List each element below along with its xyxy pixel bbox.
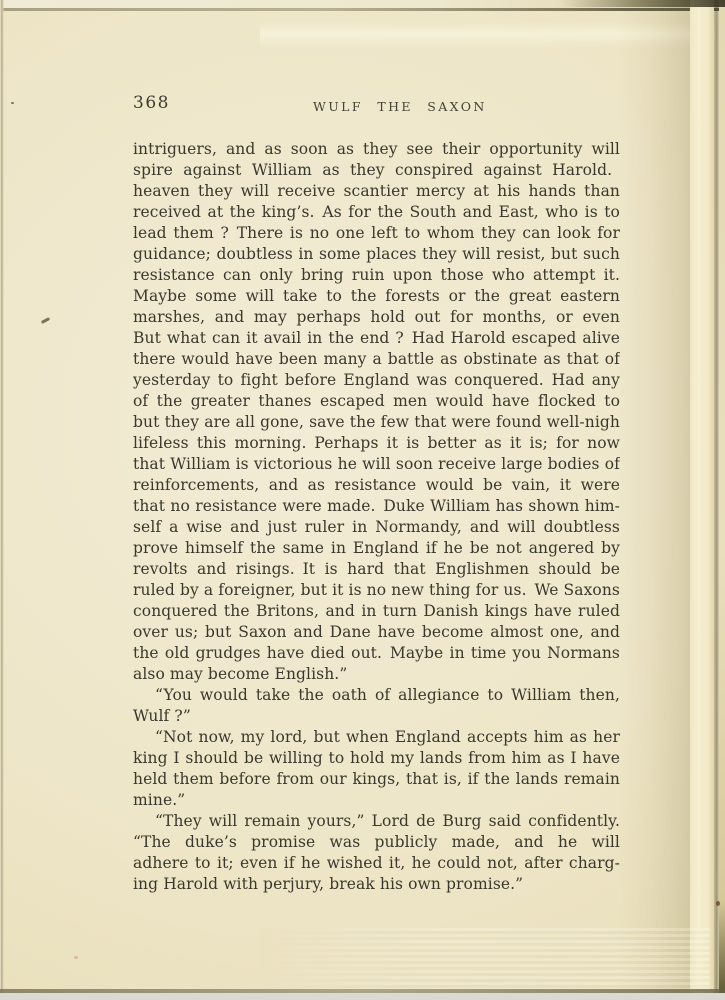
text-line: prove himself the same in England if he … [133,538,620,559]
text-line: also may become English.” [133,664,620,685]
text-line: intriguers, and as soon as they see thei… [133,139,620,160]
text-line: over us; but Saxon and Dane have become … [133,622,620,643]
text-line: of the greater thanes escaped men would … [133,391,620,412]
paper-speck [74,956,78,959]
page-left-edge [0,0,4,1000]
text-line: “The duke’s promise was publicly made, a… [133,832,620,853]
text-line: that William is victorious he will soon … [133,454,620,475]
ink-speck [11,102,14,104]
text-line: heaven they will receive scantier mercy … [133,181,620,202]
page-top-edge [0,8,725,11]
text-line: Wulf ?” [133,706,620,727]
text-line: but they are all gone, save the few that… [133,412,620,433]
page-number: 368 [133,93,170,113]
text-line: revolts and risings. It is hard that Eng… [133,559,620,580]
scanner-bottom-strip [0,993,725,1000]
text-line: lifeless this morning. Perhaps it is bet… [133,433,620,454]
page-stack-edge [719,0,725,1000]
text-line: marshes, and may perhaps hold out for mo… [133,307,620,328]
book-page-scan: 368 WULF THE SAXON intriguers, and as so… [0,0,725,1000]
paragraph: “Not now, my lord, but when England acce… [133,727,620,811]
text-line: guidance; doubtless in some places they … [133,244,620,265]
running-title: WULF THE SAXON [313,99,487,114]
text-line: ing Harold with perjury, break his own p… [133,874,620,895]
text-line: “You would take the oath of allegiance t… [133,685,620,706]
paragraph: “They will remain yours,” Lord de Burg s… [133,811,620,895]
text-line: ruled by a foreigner, but it is no new t… [133,580,620,601]
fore-edge-highlight [690,0,714,1000]
text-line: mine.” [133,790,620,811]
text-line: resistance can only bring ruin upon thos… [133,265,620,286]
text-line: “Not now, my lord, but when England acce… [133,727,620,748]
text-line: lead them ? There is no one left to whom… [133,223,620,244]
text-line: there would have been many a battle as o… [133,349,620,370]
text-line: Maybe some will take to the forests or t… [133,286,620,307]
text-line: held them before from our kings, that is… [133,769,620,790]
edge-speck [716,901,720,906]
text-line: adhere to it; even if he wished it, he c… [133,853,620,874]
text-line: “They will remain yours,” Lord de Burg s… [133,811,620,832]
text-line: yesterday to fight before England was co… [133,370,620,391]
text-line: self a wise and just ruler in Normandy, … [133,517,620,538]
text-line: But what can it avail in the end ? Had H… [133,328,620,349]
text-block: intriguers, and as soon as they see thei… [133,139,620,895]
text-line: the old grudges have died out. Maybe in … [133,643,620,664]
page-curl-shadow [618,0,692,1000]
text-line: that no resistance were made. Duke Willi… [133,496,620,517]
text-line: received at the king’s. As for the South… [133,202,620,223]
text-line: spire against William as they conspired … [133,160,620,181]
paragraph: “You would take the oath of allegiance t… [133,685,620,727]
text-line: conquered the Britons, and in turn Danis… [133,601,620,622]
text-line: king I should be willing to hold my land… [133,748,620,769]
page-edge-streaks-fade [260,928,710,990]
text-line: reinforcements, and as resistance would … [133,475,620,496]
paragraph: intriguers, and as soon as they see thei… [133,139,620,685]
margin-pencil-mark [41,317,50,324]
top-right-shadow [560,0,725,7]
